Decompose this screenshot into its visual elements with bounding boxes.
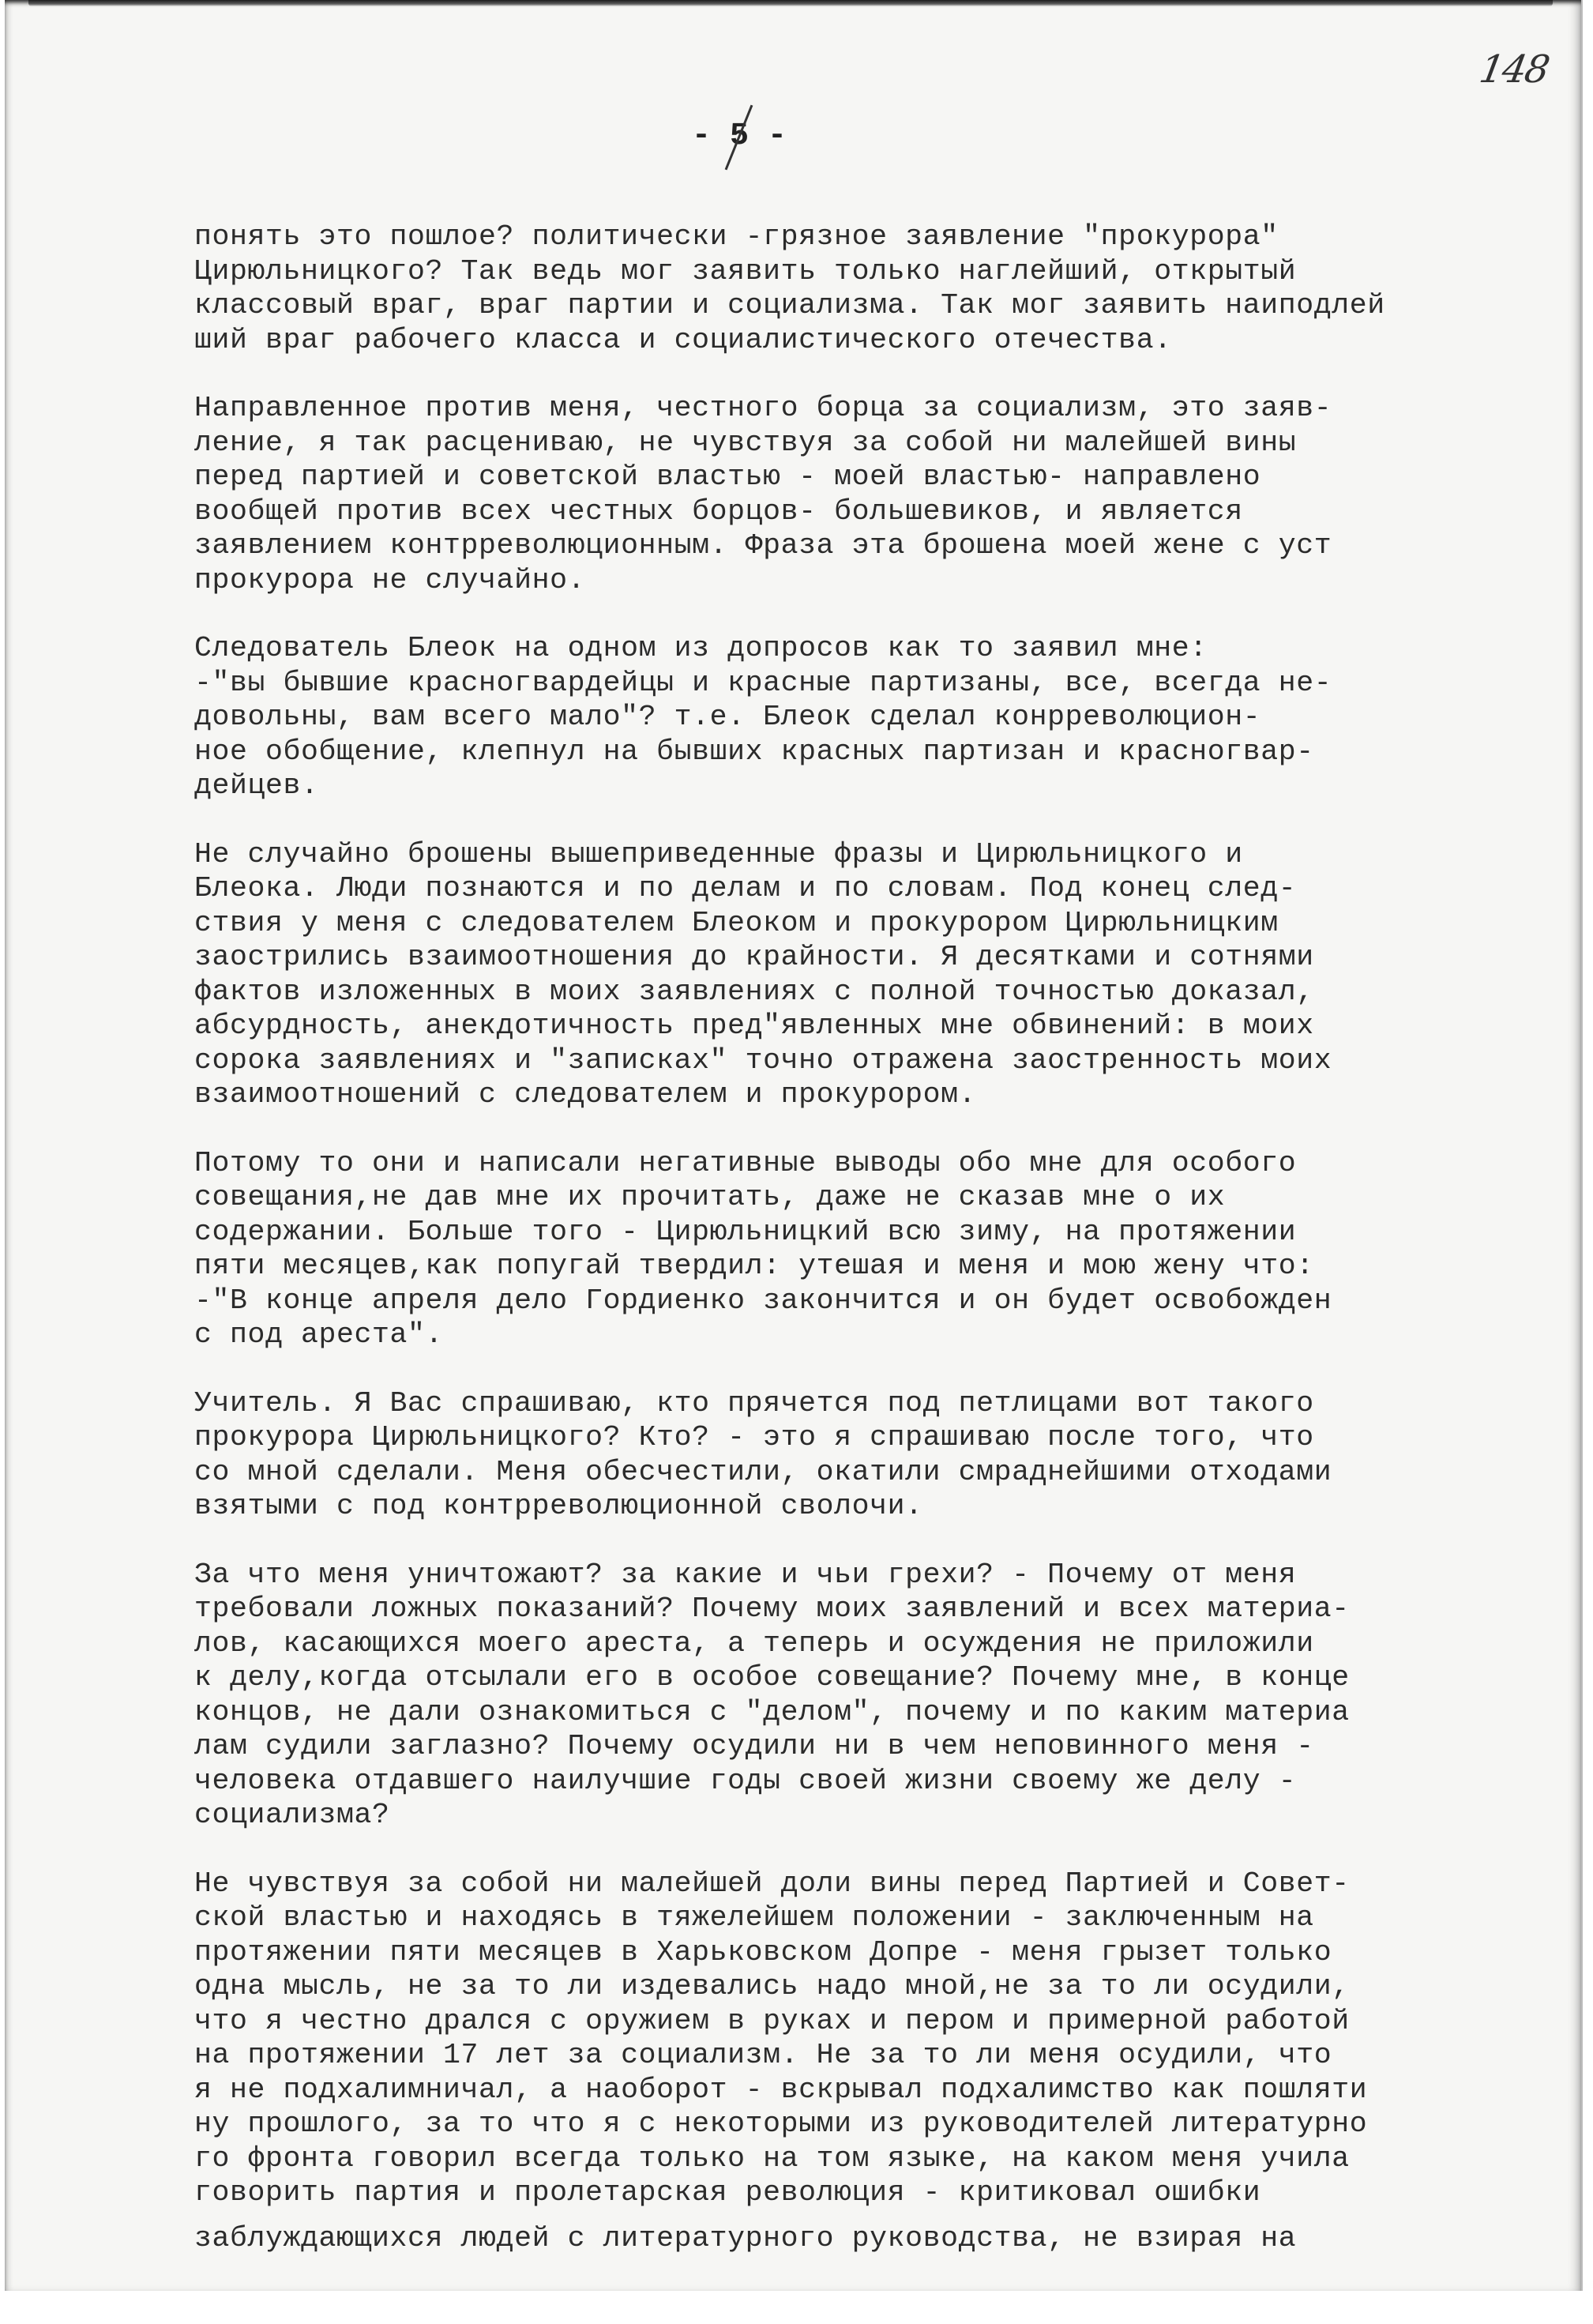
text-line: довольны, вам всего мало"? т.е. Блеок сд… [194,700,1584,735]
text-line: Не случайно брошены вышеприведенные фраз… [194,837,1584,872]
text-line: сорока заявлениях и "записках" точно отр… [194,1044,1584,1078]
text-line: человека отдавшего наилучшие годы своей … [194,1764,1584,1799]
text-line: Направленное против меня, честного борца… [194,391,1584,426]
folio-number-handwritten: 148 [1476,47,1551,92]
text-line: ное обобщение, клепнул на бывших красных… [194,735,1584,769]
text-line: За что меня уничтожают? за какие и чьи г… [194,1558,1584,1593]
text-line: говорить партия и пролетарская революция… [194,2175,1584,2210]
text-line: прокурора не случайно. [194,563,1584,598]
paragraph-1: понять это пошлое? политически -грязное … [194,220,1584,357]
typewritten-body: понять это пошлое? политически -грязное … [194,220,1584,2289]
text-line: -"В конце апреля дело Гордиенко закончит… [194,1284,1584,1318]
text-line: ствия у меня с следователем Блеоком и пр… [194,906,1584,941]
text-line: заявлением контрреволюционным. Фраза эта… [194,528,1584,563]
text-line: протяжении пяти месяцев в Харьковском До… [194,1935,1584,1970]
text-line: содержании. Больше того - Цирюльницкий в… [194,1215,1584,1250]
text-line: концов, не дали ознакомиться с "делом", … [194,1695,1584,1730]
paragraph-4: Не случайно брошены вышеприведенные фраз… [194,837,1584,1112]
text-line: Блеока. Люди познаются и по делам и по с… [194,871,1584,906]
text-line: абсурдность, анекдотичность пред"явленны… [194,1009,1584,1044]
text-line: с под ареста". [194,1318,1584,1352]
text-line: на протяжении 17 лет за социализм. Не за… [194,2038,1584,2073]
text-line: к делу,когда отсылали его в особое совещ… [194,1660,1584,1695]
text-line: Учитель. Я Вас спрашиваю, кто прячется п… [194,1386,1584,1421]
paragraph-5: Потому то они и написали негативные выво… [194,1146,1584,1352]
text-line: пяти месяцев,как попугай твердил: утешая… [194,1249,1584,1284]
text-line: ской властью и находясь в тяжелейшем пол… [194,1901,1584,1935]
text-line: одна мысль, не за то ли издевались надо … [194,1969,1584,2004]
text-line: дейцев. [194,769,1584,803]
scan-top-edge-shadow [28,0,1553,6]
text-line: ну прошлого, за то что я с некоторыми из… [194,2107,1584,2142]
scan-bottom-margin [0,2291,1593,2324]
text-line: фактов изложенных в моих заявлениях с по… [194,975,1584,1010]
text-line: взаимоотношений с следователем и прокуро… [194,1077,1584,1112]
text-line: я не подхалимничал, а наоборот - вскрыва… [194,2073,1584,2108]
text-line: заблуждающихся людей с литературного рук… [194,2221,1584,2256]
text-line: лам судили заглазно? Почему осудили ни в… [194,1729,1584,1764]
text-line: ление, я так расцениваю, не чувствуя за … [194,426,1584,461]
text-line: что я честно дрался с оружием в руках и … [194,2004,1584,2039]
document-page: 148 - 5 - понять это пошлое? политически… [5,0,1583,2291]
text-line: перед партией и советской властью - моей… [194,460,1584,495]
paragraph-7: За что меня уничтожают? за какие и чьи г… [194,1558,1584,1833]
paragraph-6: Учитель. Я Вас спрашиваю, кто прячется п… [194,1386,1584,1524]
text-line: со мной сделали. Меня обесчестили, окати… [194,1455,1584,1490]
text-line: Цирюльницкого? Так ведь мог заявить толь… [194,254,1584,289]
text-line: Следователь Блеок на одном из допросов к… [194,631,1584,666]
text-line: взятыми с под контрреволюционной сволочи… [194,1489,1584,1524]
text-line: классовый враг, враг партии и социализма… [194,288,1584,323]
text-line: требовали ложных показаний? Почему моих … [194,1592,1584,1626]
text-line: лов, касающихся моего ареста, а теперь и… [194,1626,1584,1661]
text-line: заострились взаимоотношения до крайности… [194,940,1584,975]
text-line: го фронта говорил всегда только на том я… [194,2142,1584,2176]
text-line: социализма? [194,1798,1584,1833]
text-line: понять это пошлое? политически -грязное … [194,220,1584,254]
page-number-marker: - 5 - [692,118,787,154]
text-line: прокурора Цирюльницкого? Кто? - это я сп… [194,1420,1584,1455]
text-line: совещания,не дав мне их прочитать, даже … [194,1180,1584,1215]
paragraph-8: Не чувствуя за собой ни малейшей доли ви… [194,1867,1584,2256]
text-line: Потому то они и написали негативные выво… [194,1146,1584,1181]
paragraph-3: Следователь Блеок на одном из допросов к… [194,631,1584,803]
text-line: вообщей против всех честных борцов- боль… [194,495,1584,529]
paragraph-2: Направленное против меня, честного борца… [194,391,1584,597]
text-line: Не чувствуя за собой ни малейшей доли ви… [194,1867,1584,1901]
text-line: -"вы бывшие красногвардейцы и красные па… [194,666,1584,701]
text-line: ший враг рабочего класса и социалистичес… [194,323,1584,358]
